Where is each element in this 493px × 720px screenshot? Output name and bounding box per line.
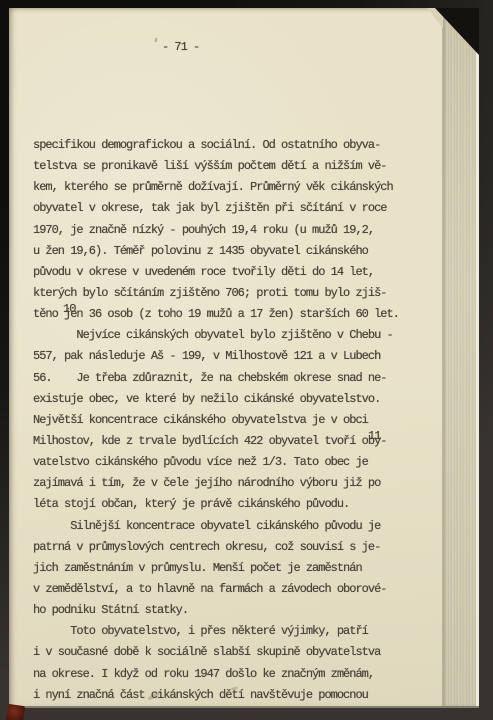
text-line: Toto obyvatelstvo, i přes některé výjimk… — [33, 621, 433, 642]
text-line: obyvatel v okrese, tak jak byl zjištěn p… — [33, 198, 433, 219]
footnote-ref-10: 10 — [63, 304, 75, 315]
text-line: specifikou demografickou a sociální. Od … — [33, 135, 433, 156]
text-line: Silnější koncentrace obyvatel cikánského… — [33, 516, 433, 537]
text-line: kem, kterého se průměrně dožívají. Průmě… — [33, 177, 433, 198]
text-line: těno jen 36 osob (z toho 19 mužů a 17 že… — [33, 304, 433, 325]
footnote-ref-11: 11 — [368, 431, 380, 442]
text-block: 10 11 specifikou demografickou a sociáln… — [33, 79, 433, 706]
text-line: i v současné době k sociálně slabší skup… — [33, 642, 433, 663]
text-line: u žen 19,6). Téměř polovinu z 1435 obyva… — [33, 241, 433, 262]
spine-spot — [6, 704, 25, 720]
scan-background: { "scan": { "page_number": "- 71 -", "fo… — [0, 0, 493, 720]
page-number: - 71 - — [162, 40, 199, 54]
text-line: vatelstvo cikánského původu více než 1/3… — [33, 452, 433, 473]
page-edge-stack — [443, 8, 479, 706]
text-line: kterých bylo sčítáním zjištěno 706; prot… — [33, 283, 433, 304]
text-line: jich zaměstnáním v průmyslu. Menší počet… — [33, 558, 433, 579]
text-line: 557, pak následuje Aš - 199, v Milhostov… — [33, 346, 433, 367]
text-line: existuje obec, ve které by nežilo cikáns… — [33, 389, 433, 410]
text-line: v zemědělství, a to hlavně na farmách a … — [33, 579, 433, 600]
text-line: léta stojí občan, který je právě cikánsk… — [33, 494, 433, 515]
text-line: patrná v průmyslových centrech okresu, c… — [33, 537, 433, 558]
text-line: 1970, je značně nízký - pouhých 19,4 rok… — [33, 220, 433, 241]
document-page: - 71 - 10 11 specifikou demografickou a … — [9, 8, 479, 706]
text-line: ho podniku Státní statky. — [33, 600, 433, 621]
text-line: zajímavá i tím, že v čele jejího národní… — [33, 473, 433, 494]
text-line: telstva se pronikavě liší výšším počtem … — [33, 156, 433, 177]
text-line: původu v okrese v uvedeném roce tvořily … — [33, 262, 433, 283]
text-line: Největší koncentrace cikánského obyvatel… — [33, 410, 433, 431]
text-line: Nejvíce cikánských obyvatel bylo zjištěn… — [33, 325, 433, 346]
text-line: 56. Je třeba zdůraznit, že na chebském o… — [33, 368, 433, 389]
text-line: na okrese. I když od roku 1947 došlo ke … — [33, 664, 433, 685]
